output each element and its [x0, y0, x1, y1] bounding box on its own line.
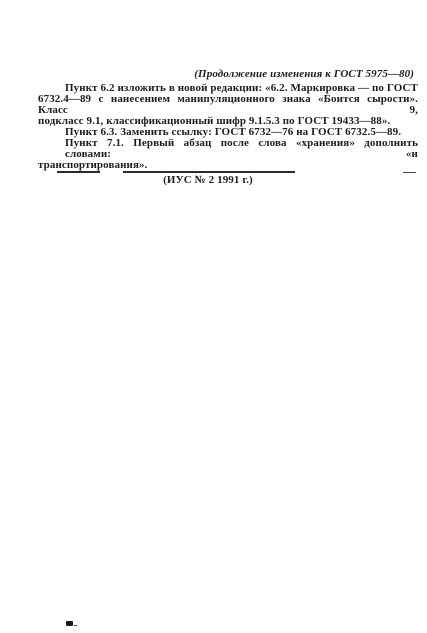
amendment-text-block: (Продолжение изменения к ГОСТ 5975—80) П… [38, 69, 418, 186]
clause-7-1-line-1: Пункт 7.1. Первый абзац после слова «хра… [38, 138, 418, 160]
separator-line-segment-2 [123, 171, 295, 173]
separator-line-segment-3 [403, 172, 416, 173]
continuation-note: (Продолжение изменения к ГОСТ 5975—80) [38, 69, 418, 80]
ink-speck [66, 621, 73, 626]
clause-7-1-line-2: транспортирования». [38, 160, 418, 171]
ius-reference: (ИУС № 2 1991 г.) [38, 175, 418, 186]
separator-line-segment-1 [57, 171, 100, 173]
clause-6-2-line-2: 6732.4—89 с нанесением манипуляционного … [38, 94, 418, 116]
document-page: (Продолжение изменения к ГОСТ 5975—80) П… [0, 0, 427, 633]
